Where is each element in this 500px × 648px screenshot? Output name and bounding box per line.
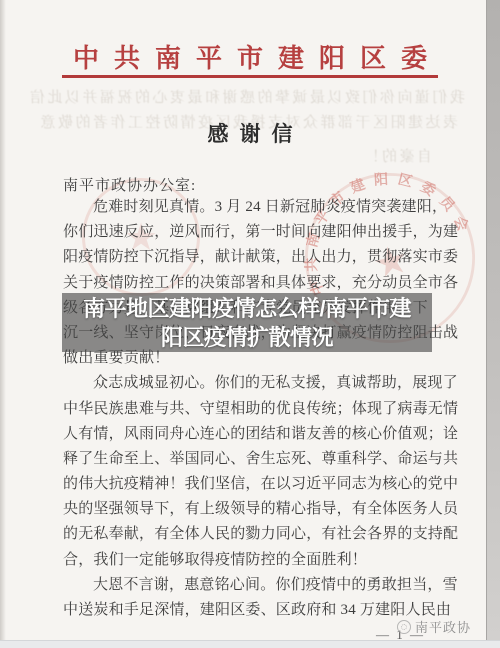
letter-line: 众志成城显初心。你们的无私支援，真诚帮助，展现了 [63, 371, 439, 396]
letter-body: 危难时刻见真情。3 月 24 日新冠肺炎疫情突袭建阳， 你们迅速反应，逆风而行，… [63, 195, 439, 623]
letter-line: 释了生命至上、举国同心、舍生忘死、尊重科学、命运与共 [63, 447, 439, 472]
letter-line: 中送炭和手足深情，建阳区委、区政府和 34 万建阳人民由 [63, 598, 439, 623]
letter-line: 阳疫情防控下沉指导，献计献策，出人出力，贯彻落实市委 [63, 245, 439, 270]
caption-overlay: 南平地区建阳疫情怎么样/南平市建 阳区疫情扩散情况 [62, 293, 432, 352]
letter-line: 合，我们一定能够取得疫情防控的全面胜利！ [63, 548, 439, 573]
letterhead-rule [62, 75, 438, 78]
caption-line: 阳区疫情扩散情况 [161, 323, 333, 352]
scan-edge-right [486, 0, 500, 641]
watermark-label: 南平政协 [415, 617, 471, 636]
caption-line: 南平地区建阳疫情怎么样/南平市建 [83, 294, 411, 323]
letter-line: 你们迅速反应，逆风而行，第一时间向建阳伸出援手，为建 [63, 220, 439, 245]
letter-line: 大恩不言谢，惠意铭心间。你们疫情中的勇敢担当，雪 [63, 573, 439, 598]
letter-salutation: 南平市政协办公室: [63, 174, 196, 195]
letter-line: 人有情，风雨同舟心连心的团结和谐友善的核心价值观；诠 [63, 422, 439, 447]
letter-line: 的无私奉献，有全体人民的勠力同心，有社会各界的支持配 [63, 522, 439, 547]
bleed-through-line: 我们谨向你们致以最诚挚的感谢和最衷心的祝福并以此信 [35, 86, 465, 107]
letter-line: 的伟大抗疫精神！我们坚信，在以习近平同志为核心的党中 [63, 472, 439, 497]
watermark-emblem-icon [397, 620, 411, 634]
scanned-letter-page: 我们谨向你们致以最诚挚的感谢和最衷心的祝福并以此信 表达建阳区干部群众对支援我区… [0, 0, 500, 648]
scan-edge-left [0, 0, 6, 641]
letter-line: 危难时刻见真情。3 月 24 日新冠肺炎疫情突袭建阳， [63, 195, 439, 220]
letter-line: 中华民族患难与共、守望相助的优良传统；体现了病毒无情 [63, 397, 439, 422]
letter-title: 感谢信 [0, 118, 500, 148]
bottom-strip [0, 640, 500, 648]
letter-line: 央的坚强领导下，有上级领导的精心指导，有全体医务人员 [63, 497, 439, 522]
letterhead-org-title: 中共南平市建阳区委 [0, 38, 500, 75]
letter-line: 关于疫情防控工作的决策部署和具体要求，充分动员全市各 [63, 271, 439, 296]
watermark: 南平政协 [397, 617, 471, 636]
